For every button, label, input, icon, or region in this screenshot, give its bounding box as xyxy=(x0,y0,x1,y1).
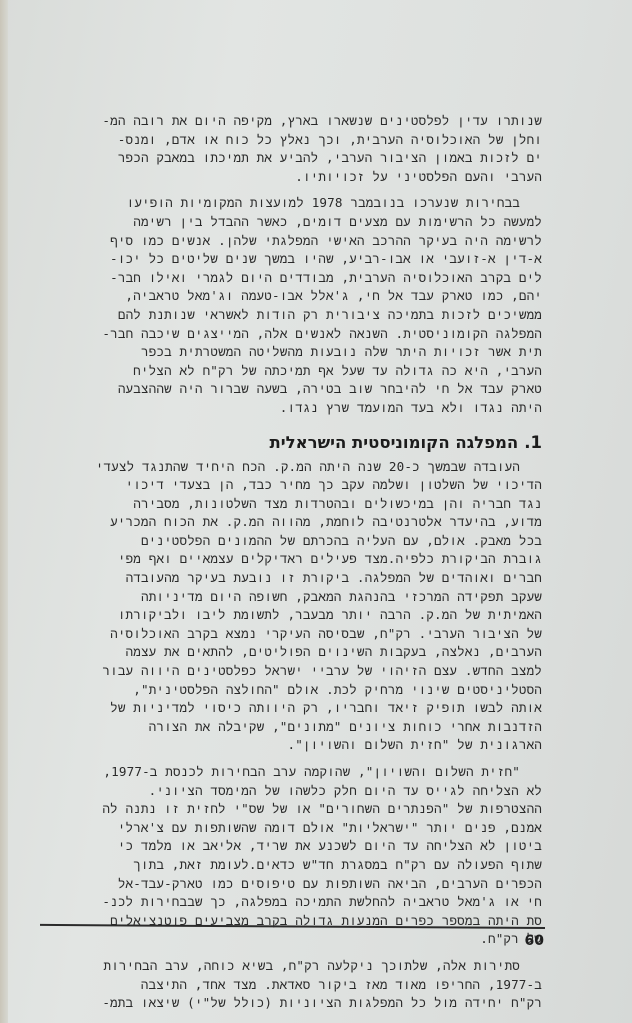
text-line: טארק עבד אל חי להיבחר שוב בטירה, בשעה שב… xyxy=(100,380,542,399)
page-number: 60 xyxy=(525,933,544,949)
text-line: הערבים, נאלצה, בעקבות השינוים הפוליטים, … xyxy=(100,643,542,662)
text-line: סתירות אלה, שלתוכך ניקלעה רק"ח, בשיא כוח… xyxy=(100,957,542,976)
section-number: 1. xyxy=(524,433,542,452)
text-line: הדיכוי של השלטון ושלמה עקב כך מחיר כבד, … xyxy=(100,476,542,495)
text-line: העובדה שבמשך כ-20 שנה היתה המ.ק. הכח היח… xyxy=(100,458,542,477)
text-line: רק"ח יחידה מול כל המפלגות הציוניות (כולל… xyxy=(100,994,542,1013)
text-line: הארגונית של "חזית השלום והשויון". xyxy=(100,736,542,755)
text-line: ממשיכים לזכות בתמיכה ציבורית רק הודות לא… xyxy=(100,306,542,325)
text-line: לא הצליחה לגייס עד היום חלק כלשהו של המי… xyxy=(100,782,542,801)
text-line: בכל מאבק. אולם, עם העליה בהכרתם של ההמונ… xyxy=(100,532,542,551)
text-line: הסטליניסטים שינוי מרחיק לכת. אולם "החולצ… xyxy=(100,681,542,700)
book-page: שנותרו עדין לפלסטינים שנשארו בארץ, מקיפה… xyxy=(100,112,542,1021)
text-line: לרשימה היה בעיקר ההרכב האישי המפלגתי שלה… xyxy=(100,232,542,251)
text-line: למעשה כל הרשימות עם מצעים דומים, כאשר הה… xyxy=(100,213,542,232)
text-line: היתה נגדו ולא בעד המועמד שרץ נגדו. xyxy=(100,399,542,418)
section-heading: 1.המפלגה הקומוניסטית הישראלית xyxy=(100,432,542,454)
text-line: נגד חבריה והן במיכשולים ובהטרדות מצד השל… xyxy=(100,495,542,514)
paragraph: "חזית השלום והשויון", שהוקמה ערב הבחירות… xyxy=(100,763,542,949)
text-line: הערבי, היא כה גדולה עד שעל אף תמיכתה של … xyxy=(100,362,542,381)
text-line: הכפרים הערבים, הביאה השותפות עם טיפוסים … xyxy=(100,875,542,894)
paragraph: בבחירות שנערכו בנובמבר 1978 למועצות המקו… xyxy=(100,194,542,417)
text-line: שתוף הפעולה עם רק"ח במסגרת חד"ש כדאים.לע… xyxy=(100,856,542,875)
text-line: המפלגה הקומוניסטית. השנאה לאנשים אלה, המ… xyxy=(100,325,542,344)
text-line: הזדנבות אחרי כוחות ציונים "מתונים", שקיב… xyxy=(100,718,542,737)
paragraph: סתירות אלה, שלתוכך ניקלעה רק"ח, בשיא כוח… xyxy=(100,957,542,1013)
text-line: גוברת הביקורת כלפיה.מצד פעילים ראדיקלים … xyxy=(100,550,542,569)
text-line: האמיתית של המ.ק. הרבה יותר מבעבר, לתשומת… xyxy=(100,606,542,625)
text-line: שעקב תפקידה המרכזי בהנהגת המאבק, חשופה ה… xyxy=(100,588,542,607)
text-line: הערבי והעם הפלסטיני על זכויותיו. xyxy=(100,168,542,187)
text-line: אמנם, פנים יותר "ישראליות" אולם דומה שהש… xyxy=(100,819,542,838)
text-line: חי או ג'מאל טראביה להחלשת התמיכה במפלגה,… xyxy=(100,893,542,912)
text-line: ההצטרפות של "הפנתרים השחורים" או של שס"י… xyxy=(100,800,542,819)
section-title: המפלגה הקומוניסטית הישראלית xyxy=(270,433,519,452)
text-line: ב-1977, החריפו מאוד מאז ביקור סאדאת. מצד… xyxy=(100,976,542,995)
text-line: של הציבור הערבי. רק"ח, שבסיסה העיקרי נמצ… xyxy=(100,625,542,644)
text-line: ים לזכות באמון הציבור הערבי, להביע את תמ… xyxy=(100,149,542,168)
paragraph: שנותרו עדין לפלסטינים שנשארו בארץ, מקיפה… xyxy=(100,112,542,186)
text-line: תית אשר זכויות היתר שלה נובעות מהשליטה ה… xyxy=(100,343,542,362)
book-spine-edge xyxy=(0,0,8,1023)
text-line: בבחירות שנערכו בנובמבר 1978 למועצות המקו… xyxy=(100,194,542,213)
text-line: חברים ואוהדים של המפלגה. ביקורת זו נובעת… xyxy=(100,569,542,588)
text-line: מדוע, בהיעדר אלטרנטיבה לוחמת, מהווה המ.ק… xyxy=(100,513,542,532)
text-before-heading: שנותרו עדין לפלסטינים שנשארו בארץ, מקיפה… xyxy=(100,112,542,418)
text-line: שנותרו עדין לפלסטינים שנשארו בארץ, מקיפה… xyxy=(100,112,542,131)
paragraph: העובדה שבמשך כ-20 שנה היתה המ.ק. הכח היח… xyxy=(100,458,542,756)
text-line: "חזית השלום והשויון", שהוקמה ערב הבחירות… xyxy=(100,763,542,782)
text-line: ביטון לא הצליחה עד היום לשכנע את שריד, א… xyxy=(100,837,542,856)
text-line: וחלן של האוכלוסיה הערבית, וכך נאלץ כל כו… xyxy=(100,131,542,150)
text-line: של רק"ח. xyxy=(100,930,542,949)
text-line: לים בקרב האוכלוסיה הערבית, מבודדים היום … xyxy=(100,269,542,288)
text-after-heading: העובדה שבמשך כ-20 שנה היתה המ.ק. הכח היח… xyxy=(100,458,542,1013)
text-line: יהם, כמו טארק עבד אל חי, ג'אלל אבו-טעמה … xyxy=(100,287,542,306)
text-line: אותה לבשו תופיק זיאד וחבריו, רק היוותה כ… xyxy=(100,699,542,718)
text-line: א-דין א-זועבי או אבו-רביע, שהיו במשך שני… xyxy=(100,250,542,269)
text-line: למצב החדש. עצם הזיהוי של ערביי ישראל כפל… xyxy=(100,662,542,681)
